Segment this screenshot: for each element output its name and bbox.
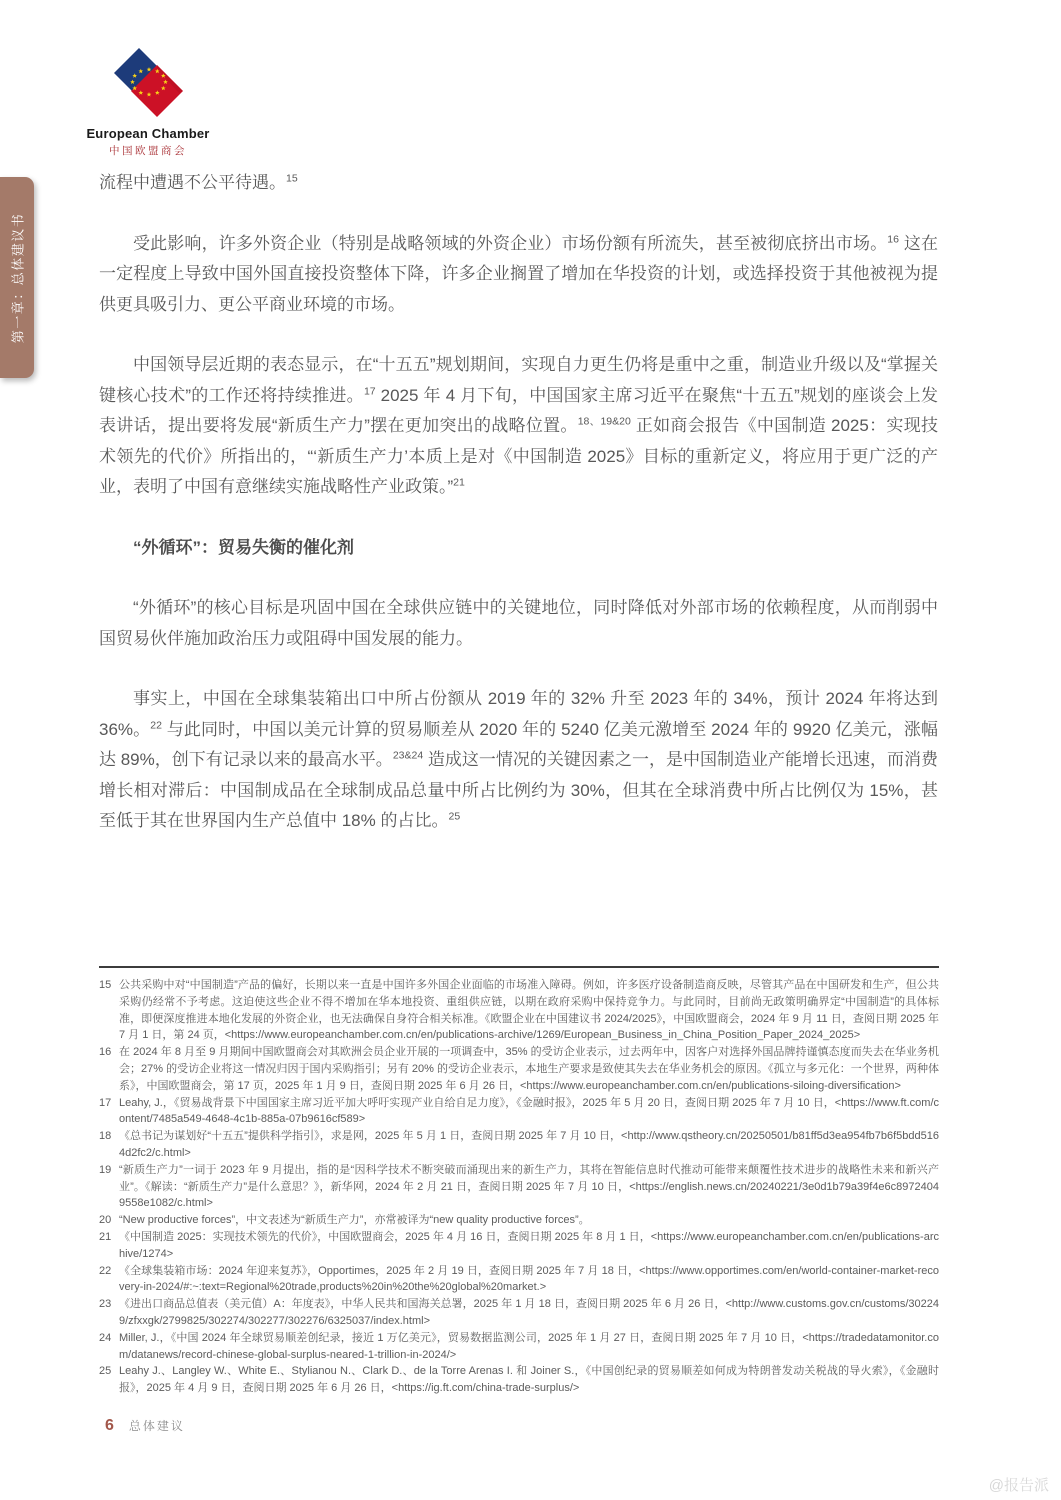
footnote-item: 15公共采购中对“中国制造”产品的偏好，长期以来一直是中国许多外国企业面临的市场… [99,977,939,1044]
logo-name-en: European Chamber [86,126,210,141]
footnote-number: 16 [99,1044,119,1094]
page-footer: 6 总体建议 [105,1417,185,1435]
logo-name-zh: 中国欧盟商会 [86,143,210,158]
footnote-ref: 18、19&20 [578,415,631,427]
footnote-number: 21 [99,1229,119,1263]
footnote-number: 23 [99,1296,119,1330]
footnote-number: 20 [99,1212,119,1229]
footnote-text: Leahy, J.，《贸易战背景下中国国家主席习近平加大呼吁实现产业自给自足力度… [119,1095,939,1129]
footnote-item: 21《中国制造 2025：实现技术领先的代价》，中国欧盟商会，2025 年 4 … [99,1229,939,1263]
body-paragraph: 事实上，中国在全球集装箱出口中所占份额从 2019 年的 32% 升至 2023… [99,684,938,837]
body-paragraph: 流程中遭遇不公平待遇。15 [99,168,938,199]
footnote-item: 16在 2024 年 8 月至 9 月期间中国欧盟商会对其欧洲会员企业开展的一项… [99,1044,939,1094]
footnote-number: 24 [99,1330,119,1364]
footnote-number: 18 [99,1128,119,1162]
watermark: @报告派 [989,1474,1049,1495]
footnote-text: “新质生产力”一词于 2023 年 9 月提出，指的是“因科学技术不断突破而涌现… [119,1162,939,1212]
footnote-number: 15 [99,977,119,1044]
footnote-item: 20“New productive forces”，中文表述为“新质生产力”，亦… [99,1212,939,1229]
footnote-ref: 17 [364,385,376,397]
footnote-item: 25Leahy J.、Langley W.、White E.、Stylianou… [99,1363,939,1397]
footnote-ref: 22 [150,719,162,731]
footnote-text: Miller, J.，《中国 2024 年全球贸易顺差创纪录，接近 1 万亿美元… [119,1330,939,1364]
body-column: 流程中遭遇不公平待遇。15受此影响，许多外资企业（特别是战略领域的外资企业）市场… [99,168,938,867]
footnote-number: 17 [99,1095,119,1129]
footnote-item: 22《全球集装箱市场：2024 年迎来复苏》，Opportimes，2025 年… [99,1263,939,1297]
footnote-text: 《全球集装箱市场：2024 年迎来复苏》，Opportimes，2025 年 2… [119,1263,939,1297]
chapter-tab-label: 第一章：总体建议书 [8,212,27,343]
footnote-ref: 21 [453,476,465,488]
footnote-item: 18《总书记为谋划好“十五五”提供科学指引》，求是网，2025 年 5 月 1 … [99,1128,939,1162]
european-chamber-logo: European Chamber 中国欧盟商会 [86,44,210,158]
footnote-item: 19“新质生产力”一词于 2023 年 9 月提出，指的是“因科学技术不断突破而… [99,1162,939,1212]
footnote-number: 25 [99,1363,119,1397]
chapter-tab: 第一章：总体建议书 [0,177,34,378]
footer-section-label: 总体建议 [129,1417,185,1434]
page-number: 6 [105,1417,114,1435]
footnote-ref: 16 [887,233,899,245]
eu-chamber-diamonds-icon [108,44,188,124]
footnotes-section: 15公共采购中对“中国制造”产品的偏好，长期以来一直是中国许多外国企业面临的市场… [99,966,939,1397]
footnote-item: 24Miller, J.，《中国 2024 年全球贸易顺差创纪录，接近 1 万亿… [99,1330,939,1364]
footnote-text: 公共采购中对“中国制造”产品的偏好，长期以来一直是中国许多外国企业面临的市场准入… [119,977,939,1044]
footnote-text: “New productive forces”，中文表述为“新质生产力”，亦常被… [119,1212,939,1229]
footnote-ref: 23&24 [393,749,423,761]
body-paragraph: 中国领导层近期的表态显示，在“十五五”规划期间，实现自力更生仍将是重中之重，制造… [99,350,938,503]
footnote-text: 在 2024 年 8 月至 9 月期间中国欧盟商会对其欧洲会员企业开展的一项调查… [119,1044,939,1094]
footnote-number: 22 [99,1263,119,1297]
footnote-item: 17Leahy, J.，《贸易战背景下中国国家主席习近平加大呼吁实现产业自给自足… [99,1095,939,1129]
footnote-text: 《进出口商品总值表（美元值）A：年度表》，中华人民共和国海关总署，2025 年 … [119,1296,939,1330]
footnote-text: Leahy J.、Langley W.、White E.、Stylianou N… [119,1363,939,1397]
body-paragraph: 受此影响，许多外资企业（特别是战略领域的外资企业）市场份额有所流失，甚至被彻底挤… [99,229,938,321]
footnote-text: 《中国制造 2025：实现技术领先的代价》，中国欧盟商会，2025 年 4 月 … [119,1229,939,1263]
footnote-text: 《总书记为谋划好“十五五”提供科学指引》，求是网，2025 年 5 月 1 日，… [119,1128,939,1162]
footnote-ref: 15 [286,172,298,184]
body-paragraph: “外循环”的核心目标是巩固中国在全球供应链中的关键地位，同时降低对外部市场的依赖… [99,593,938,654]
footnote-item: 23《进出口商品总值表（美元值）A：年度表》，中华人民共和国海关总署，2025 … [99,1296,939,1330]
footnote-ref: 25 [448,810,460,822]
section-heading: “外循环”：贸易失衡的催化剂 [99,533,938,564]
footnotes-list: 15公共采购中对“中国制造”产品的偏好，长期以来一直是中国许多外国企业面临的市场… [99,977,939,1397]
footnote-number: 19 [99,1162,119,1212]
